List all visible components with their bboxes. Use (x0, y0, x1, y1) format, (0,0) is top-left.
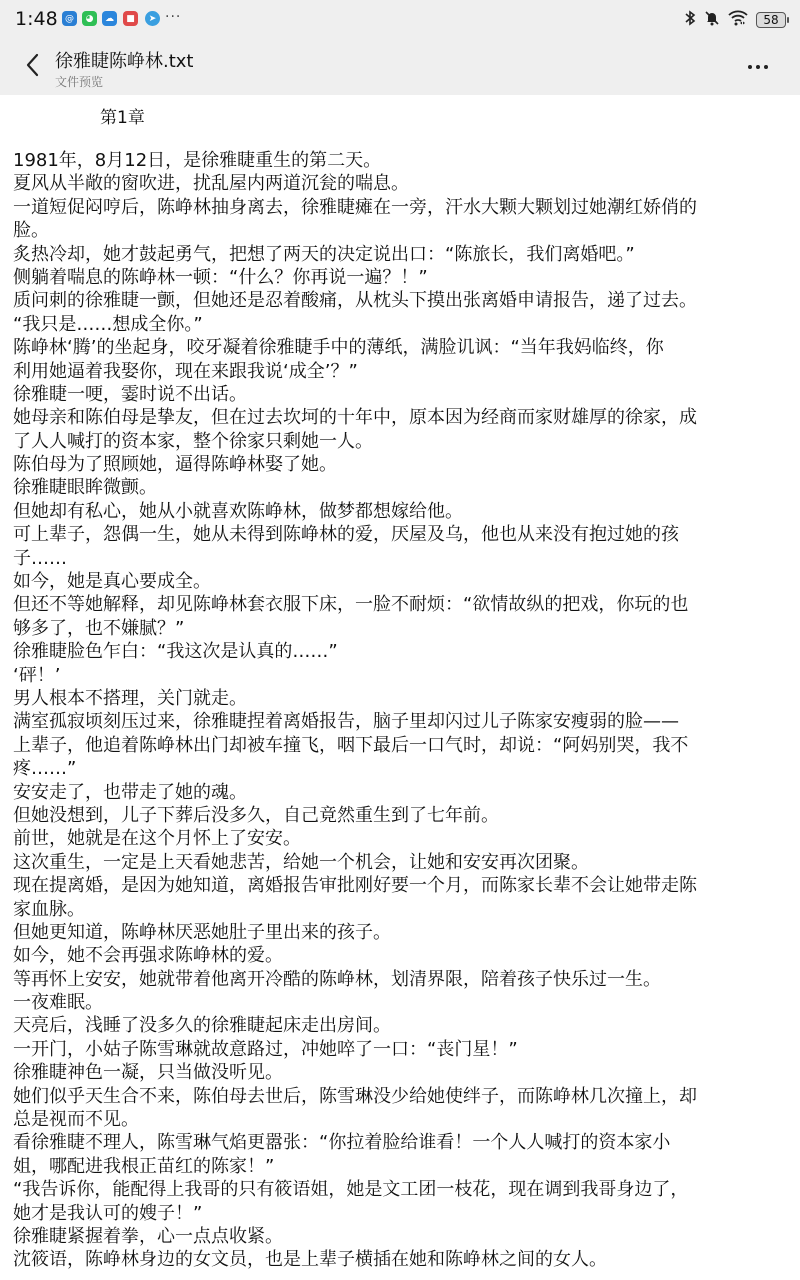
status-bar: 1:48 @ ◕ ☁ ■ ➤ ··· 58 (0, 0, 800, 40)
text-line: 现在提离婚，是因为她知道，离婚报告审批刚好要一个月，而陈家长辈不会让她带走陈 (13, 874, 793, 897)
browser-app-icon: @ (62, 11, 77, 26)
text-line: 够多了，也不嫌腻？” (13, 617, 793, 640)
text-line: 姐，哪配进我根正苗红的陈家！” (13, 1155, 793, 1178)
wechat-app-icon: ◕ (82, 11, 97, 26)
text-line: 疼……” (13, 757, 793, 780)
text-line: 她们似乎天生合不来，陈伯母去世后，陈雪琳没少给她使绊子，而陈峥林几次撞上，却 (13, 1085, 793, 1108)
text-line: 1981年，8月12日，是徐雅睫重生的第二天。 (13, 149, 793, 172)
cloud-app-icon: ☁ (102, 11, 117, 26)
text-line: 但她却有私心，她从小就喜欢陈峥林，做梦都想嫁给他。 (13, 500, 793, 523)
text-line: 她才是我认可的嫂子！” (13, 1202, 793, 1225)
text-line: 徐雅睫紧握着拳，心一点点收紧。 (13, 1225, 793, 1248)
document-body: 1981年，8月12日，是徐雅睫重生的第二天。夏风从半敞的窗吹进，扰乱屋内两道沉… (13, 149, 793, 1272)
text-line: 一夜难眠。 (13, 991, 793, 1014)
text-line: 利用她逼着我娶你，现在来跟我说‘成全’？” (13, 360, 793, 383)
bell-muted-icon (704, 10, 720, 30)
text-line: 子…… (13, 547, 793, 570)
text-line: 徐雅睫神色一凝，只当做没听见。 (13, 1061, 793, 1084)
text-line: 徐雅睫眼眸微颤。 (13, 476, 793, 499)
text-line: 一道短促闷哼后，陈峥林抽身离去，徐雅睫瘫在一旁，汗水大颗大颗划过她潮红娇俏的 (13, 196, 793, 219)
red-app-icon: ■ (123, 11, 138, 26)
text-line: 质问刺的徐雅睫一颤，但她还是忍着酸痛，从枕头下摸出张离婚申请报告，递了过去。 (13, 289, 793, 312)
file-subtitle: 文件预览 (55, 73, 103, 90)
text-line: 家血脉。 (13, 898, 793, 921)
text-line: “我告诉你，能配得上我哥的只有筱语姐，她是文工团一枝花，现在调到我哥身边了， (13, 1178, 793, 1201)
battery-indicator: 58 (756, 12, 786, 28)
text-line: 炙热冷却，她才鼓起勇气，把想了两天的决定说出口：“陈旅长，我们离婚吧。” (13, 243, 793, 266)
text-line: 但还不等她解释，却见陈峥林套衣服下床，一脸不耐烦：“欲情故纵的把戏，你玩的也 (13, 593, 793, 616)
text-line: “我只是……想成全你。” (13, 313, 793, 336)
text-line: 如今，她不会再强求陈峥林的爱。 (13, 944, 793, 967)
back-button[interactable] (18, 52, 46, 82)
text-line: 她母亲和陈伯母是挚友，但在过去坎坷的十年中，原本因为经商而家财雄厚的徐家，成 (13, 406, 793, 429)
text-line: 这次重生，一定是上天看她悲苦，给她一个机会，让她和安安再次团聚。 (13, 851, 793, 874)
bluetooth-icon (684, 10, 696, 30)
text-line: 陈伯母为了照顾她，逼得陈峥林娶了她。 (13, 453, 793, 476)
more-notifications-icon: ··· (165, 9, 181, 25)
chevron-left-icon (25, 53, 39, 81)
text-line: 一开门，小姑子陈雪琳就故意路过，冲她啐了一口：“丧门星！” (13, 1038, 793, 1061)
text-line: 等再怀上安安，她就带着他离开冷酷的陈峥林，划清界限，陪着孩子快乐过一生。 (13, 968, 793, 991)
text-line: 前世，她就是在这个月怀上了安安。 (13, 827, 793, 850)
text-line: 总是视而不见。 (13, 1108, 793, 1131)
text-line: ‘砰！’ (13, 664, 793, 687)
text-line: 但她更知道，陈峥林厌恶她肚子里出来的孩子。 (13, 921, 793, 944)
app-header: 1:48 @ ◕ ☁ ■ ➤ ··· 58 徐雅睫陈峥林.txt 文件预览 (0, 0, 800, 95)
text-line: 可上辈子，怨偶一生，她从未得到陈峥林的爱，厌屋及乌，他也从来没有抱过她的孩 (13, 523, 793, 546)
text-line: 沈筱语，陈峥林身边的女文员，也是上辈子横插在她和陈峥林之间的女人。 (13, 1248, 793, 1271)
text-line: 满室孤寂顷刻压过来，徐雅睫捏着离婚报告，脑子里却闪过儿子陈家安瘦弱的脸—— (13, 710, 793, 733)
more-options-button[interactable] (742, 56, 774, 78)
text-line: 如今，她是真心要成全。 (13, 570, 793, 593)
text-line: 徐雅睫脸色乍白：“我这次是认真的……” (13, 640, 793, 663)
text-line: 安安走了，也带走了她的魂。 (13, 781, 793, 804)
text-line: 看徐雅睫不理人，陈雪琳气焰更嚣张：“你拉着脸给谁看！一个人人喊打的资本家小 (13, 1131, 793, 1154)
text-line: 脸。 (13, 219, 793, 242)
text-line: 徐雅睫一哽，霎时说不出话。 (13, 383, 793, 406)
text-line: 上辈子，他追着陈峥林出门却被车撞飞，咽下最后一口气时，却说：“阿妈别哭，我不 (13, 734, 793, 757)
text-line: 男人根本不搭理，关门就走。 (13, 687, 793, 710)
text-line: 侧躺着喘息的陈峥林一顿：“什么？你再说一遍？！” (13, 266, 793, 289)
text-line: 了人人喊打的资本家，整个徐家只剩她一人。 (13, 430, 793, 453)
dot (756, 65, 760, 69)
text-line: 陈峥林‘腾’的坐起身，咬牙凝着徐雅睫手中的薄纸，满脸讥讽：“当年我妈临终，你 (13, 336, 793, 359)
text-line: 夏风从半敞的窗吹进，扰乱屋内两道沉瓮的喘息。 (13, 172, 793, 195)
chapter-title: 第1章 (100, 103, 145, 128)
system-icons: 58 (684, 10, 786, 30)
text-line: 但她没想到，儿子下葬后没多久，自己竟然重生到了七年前。 (13, 804, 793, 827)
document-content[interactable]: 第1章 1981年，8月12日，是徐雅睫重生的第二天。夏风从半敞的窗吹进，扰乱屋… (0, 95, 800, 1280)
telegram-app-icon: ➤ (145, 11, 160, 26)
file-title: 徐雅睫陈峥林.txt (55, 47, 194, 73)
status-time: 1:48 (15, 8, 58, 30)
dot (748, 65, 752, 69)
wifi-icon (728, 10, 748, 30)
text-line: 天亮后，浅睡了没多久的徐雅睫起床走出房间。 (13, 1014, 793, 1037)
dot (764, 65, 768, 69)
